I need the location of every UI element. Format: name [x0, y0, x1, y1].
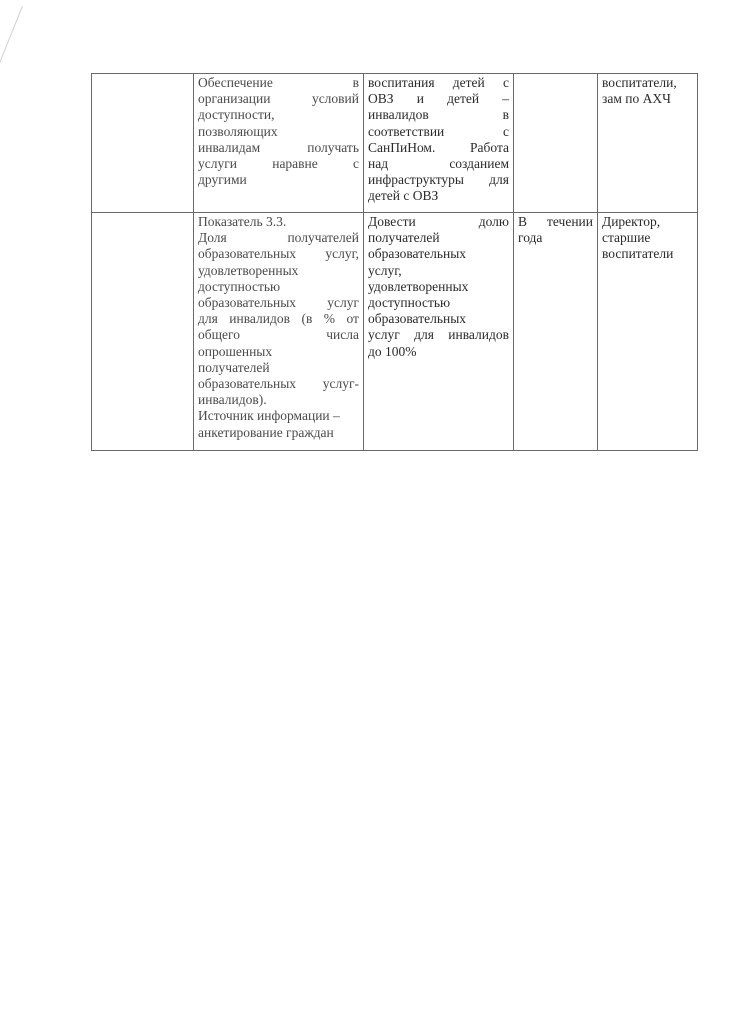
table-row: Обеспечениеворганизацииусловийдоступност… [92, 74, 698, 213]
text-line: доступности, [198, 107, 359, 123]
text-line: дляинвалидов(в%от [198, 311, 359, 327]
text-line: образовательныхуслуг [198, 295, 359, 311]
text-line: удовлетворенных [368, 279, 509, 295]
text-line: до 100% [368, 344, 509, 360]
table-row: Показатель 3.3.Доляполучателейобразовате… [92, 213, 698, 451]
cell-deadline: Втечениигода [514, 213, 598, 451]
text-line: доступностью [198, 279, 359, 295]
text-line: ОВЗидетей– [368, 91, 509, 107]
text-line: анкетирование граждан [198, 425, 359, 441]
text-line: услуг, [368, 263, 509, 279]
text-line: старшие [602, 230, 693, 246]
scan-artifact-line [0, 6, 23, 187]
text-line: общегочисла [198, 327, 359, 343]
text-line: Источник информации – [198, 408, 359, 424]
text-line: образовательныхуслуг- [198, 376, 359, 392]
cell-measure: Обеспечениеворганизацииусловийдоступност… [194, 74, 364, 213]
text-line: Довестидолю [368, 214, 509, 230]
text-line: воспитаниядетейс [368, 75, 509, 91]
cell-empty [92, 213, 194, 451]
text-line: года [518, 230, 593, 246]
text-line: другими [198, 172, 359, 188]
text-line: Доляполучателей [198, 230, 359, 246]
text-line: инвалидамполучать [198, 140, 359, 156]
text-line: доступностью [368, 295, 509, 311]
cell-deadline [514, 74, 598, 213]
text-line: соответствиис [368, 124, 509, 140]
cell-action: воспитаниядетейсОВЗидетей–инвалидоввсоот… [364, 74, 514, 213]
cell-empty [92, 74, 194, 213]
text-line: СанПиНом.Работа [368, 140, 509, 156]
text-line: услугдляинвалидов [368, 327, 509, 343]
responsible-text: воспитатели, зам по АХЧ [602, 75, 677, 106]
text-line: образовательных [368, 246, 509, 262]
text-line: инфраструктурыдля [368, 172, 509, 188]
text-line: инвалидов). [198, 392, 359, 408]
text-line: получателей [198, 360, 359, 376]
text-line: опрошенных [198, 344, 359, 360]
text-line: надсозданием [368, 156, 509, 172]
cell-indicator: Показатель 3.3.Доляполучателейобразовате… [194, 213, 364, 451]
text-line: позволяющих [198, 124, 359, 140]
text-line: организацииусловий [198, 91, 359, 107]
cell-action: Довестидолюполучателейобразовательныхусл… [364, 213, 514, 451]
text-line: воспитатели [602, 246, 693, 262]
plan-table: Обеспечениеворганизацииусловийдоступност… [91, 73, 698, 451]
text-line: услугинаравнес [198, 156, 359, 172]
text-line: образовательных [368, 311, 509, 327]
text-line: удовлетворенных [198, 263, 359, 279]
text-line: образовательныхуслуг, [198, 246, 359, 262]
text-line: Обеспечениев [198, 75, 359, 91]
text-line: получателей [368, 230, 509, 246]
cell-responsible: воспитатели, зам по АХЧ [598, 74, 698, 213]
text-line: Показатель 3.3. [198, 214, 359, 230]
text-line: детей с ОВЗ [368, 188, 509, 204]
text-line: Втечении [518, 214, 593, 230]
text-line: Директор, [602, 214, 693, 230]
cell-responsible: Директор,старшиевоспитатели [598, 213, 698, 451]
text-line: инвалидовв [368, 107, 509, 123]
